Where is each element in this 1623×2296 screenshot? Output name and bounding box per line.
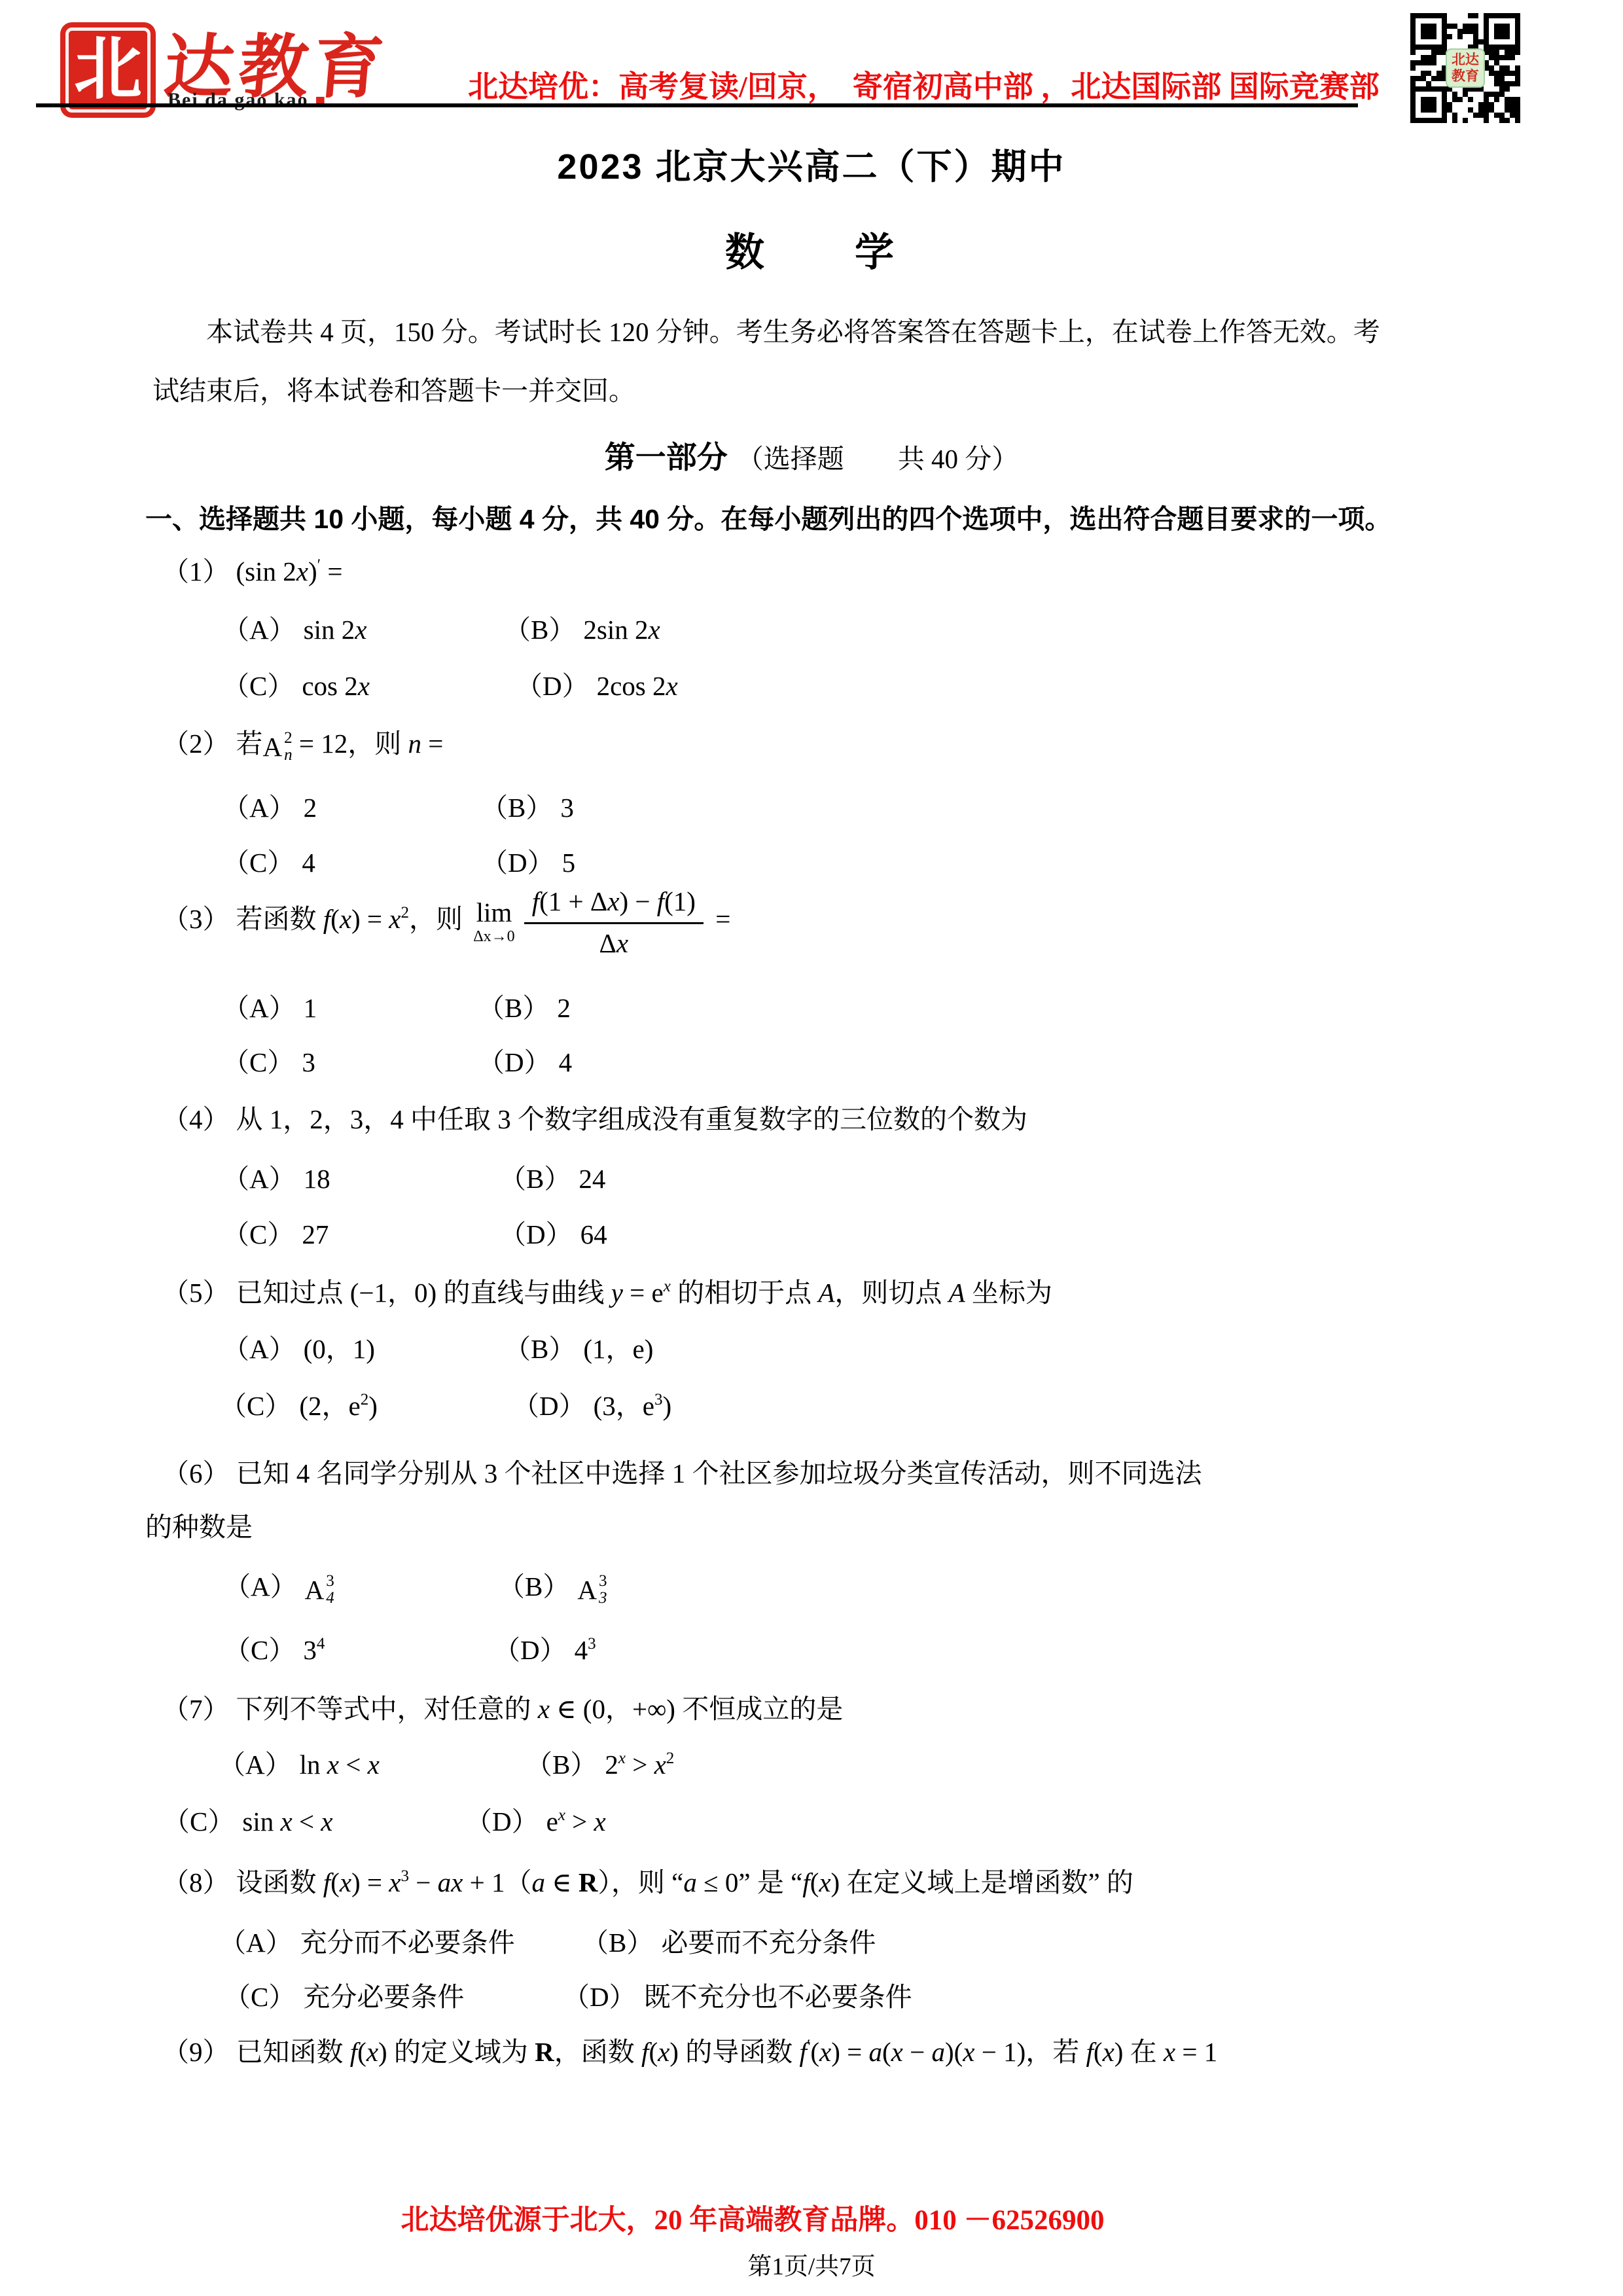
option-label: （B）	[582, 1928, 653, 1958]
question-7-option-b: （B）2x > x2	[526, 1743, 674, 1782]
math-segment: x	[963, 2037, 974, 2067]
math-segment: x	[538, 1694, 550, 1724]
math-segment: ) =	[831, 2037, 868, 2067]
question-6-option-a: （A）A34	[224, 1565, 334, 1606]
question-6-number: （6）	[162, 1458, 230, 1488]
question-4-option-d: （D）64	[499, 1213, 607, 1251]
question-4-option-b: （B）24	[499, 1157, 605, 1196]
question-7-option-a: （A）ln x < x	[219, 1743, 380, 1782]
math-segment: = 1	[1175, 2037, 1217, 2067]
math-segment: a	[931, 2037, 945, 2067]
option-value: 2	[557, 993, 571, 1023]
question-8-option-a: （A）充分而不必要条件	[219, 1921, 515, 1960]
math-segment: 已知函数	[236, 2037, 350, 2067]
math-segment: a	[868, 2037, 882, 2067]
math-segment: A34	[305, 1573, 334, 1606]
math-segment: ) 在定义域上是增函数” 的	[831, 1867, 1133, 1897]
question-7-option-c: （C）sin x < x	[163, 1800, 333, 1839]
qr-code: 北达 教育	[1410, 13, 1520, 123]
question-5-stem: （5）已知过点 (−1，0) 的直线与曲线 y = ex 的相切于点 A，则切点…	[162, 1271, 1052, 1310]
question-8-option-c: （C）充分必要条件	[224, 1975, 464, 2014]
intro-line-2: 试结束后，将本试卷和答题卡一并交回。	[152, 361, 1546, 420]
math-segment: x	[368, 1749, 380, 1780]
math-segment: (	[810, 1867, 819, 1897]
math-segment: A2n	[263, 730, 293, 763]
question-6-text-continued: 的种数是	[145, 1505, 253, 1544]
math-segment: 64	[580, 1219, 607, 1249]
math-segment: cos 2	[302, 671, 357, 701]
math-segment: f	[532, 886, 539, 916]
math-segment: sin	[242, 1806, 280, 1837]
math-segment: limΔx→0	[473, 899, 514, 944]
math-segment: − 1)，若	[974, 2037, 1086, 2067]
option-value: 3	[302, 1047, 315, 1077]
math-segment: ) 的定义域为	[378, 2037, 535, 2067]
option-label: （C）	[223, 1047, 294, 1077]
math-segment: x	[389, 1867, 401, 1897]
math-segment: a	[531, 1867, 545, 1897]
question-2-option-a: （A）2	[223, 786, 317, 825]
option-value: 1	[304, 993, 317, 1023]
math-segment: 2	[557, 993, 571, 1023]
math-segment: (1 + Δ	[539, 886, 607, 916]
math-segment: f(1 + Δx) − f(1)Δx	[524, 885, 704, 959]
math-segment: 从 1，2，3，4 中任取 3 个数字组成没有重复数字的三位数的个数为	[236, 1104, 1028, 1134]
math-segment: (	[882, 2037, 891, 2067]
logo-subtitle-text: Bei da gao kao	[168, 89, 309, 111]
option-label: （B）	[478, 993, 549, 1023]
math-segment: ），则 “	[597, 1867, 683, 1897]
logo-subtitle: Bei da gao kao■	[168, 89, 327, 111]
question-6-option-d: （D）43	[493, 1628, 596, 1667]
question-8-option-d: （D）既不充分也不必要条件	[563, 1975, 912, 2014]
question-6-text: 已知 4 名同学分别从 3 个社区中选择 1 个社区参加垃圾分类宣传活动，则不同…	[236, 1458, 1202, 1488]
math-segment: 4	[575, 1635, 588, 1665]
option-label: （D）	[481, 848, 554, 878]
math-segment: 坐标为	[965, 1278, 1052, 1308]
option-value: (0，1)	[304, 1334, 375, 1364]
math-segment: x	[819, 2037, 831, 2067]
qr-label-line1: 北达	[1452, 52, 1479, 68]
question-3-option-c: （C）3	[223, 1041, 315, 1079]
math-segment: n	[408, 728, 421, 759]
option-value: (3，e3)	[594, 1391, 672, 1421]
math-segment: )	[308, 556, 317, 586]
math-segment: 24	[579, 1164, 605, 1194]
section1-instruction: 一、选择题共 10 小题，每小题 4 分，共 40 分。在每小题列出的四个选项中…	[145, 497, 1391, 536]
math-segment: (	[649, 2037, 658, 2067]
question-5-text: 已知过点 (−1，0) 的直线与曲线 y = ex 的相切于点 A，则切点 A …	[236, 1278, 1052, 1308]
option-label: （D）	[465, 1806, 539, 1837]
math-segment: x	[654, 1749, 666, 1780]
math-segment: 2	[361, 1391, 369, 1408]
question-4-stem: （4）从 1，2，3，4 中任取 3 个数字组成没有重复数字的三位数的个数为	[162, 1098, 1027, 1136]
math-segment: x	[618, 1749, 626, 1767]
math-segment: ，函数	[554, 2037, 641, 2067]
option-value: sin x < x	[242, 1806, 332, 1837]
qr-center-label: 北达 教育	[1446, 48, 1485, 88]
option-value: A33	[577, 1571, 607, 1602]
math-segment: 3	[560, 793, 574, 823]
math-segment: ax	[438, 1867, 463, 1897]
option-value: 18	[304, 1164, 330, 1194]
math-segment: (	[810, 2037, 819, 2067]
question-7-option-d: （D）ex > x	[465, 1800, 606, 1839]
math-segment: =	[321, 556, 342, 586]
math-segment: 5	[562, 848, 576, 878]
question-7-number: （7）	[162, 1694, 230, 1724]
option-label: （D）	[499, 1219, 573, 1249]
math-segment: 4	[559, 1047, 573, 1077]
math-segment: 下列不等式中，对任意的	[236, 1694, 538, 1724]
math-segment: (0，1)	[304, 1334, 375, 1364]
math-segment: 3	[401, 1867, 410, 1885]
header-divider	[36, 103, 1358, 107]
option-label: （A）	[219, 1749, 292, 1780]
math-segment: = e	[623, 1278, 664, 1308]
option-label: （D）	[563, 1982, 636, 2012]
math-segment: 已知 4 名同学分别从 3 个社区中选择 1 个社区参加垃圾分类宣传活动，则不同…	[236, 1458, 1202, 1488]
header-tagline: 北达培优：高考复读/回京， 寄宿初高中部 ，北达国际部 国际竞赛部	[468, 63, 1380, 106]
option-label: （D）	[478, 1047, 551, 1077]
math-segment: 既不充分也不必要条件	[644, 1982, 912, 2012]
math-segment: 的相切于点	[671, 1278, 819, 1308]
footer-promo: 北达培优源于北大，20 年高端教育品牌。010 －62526900	[59, 2198, 1446, 2238]
question-6-option-b: （B）A33	[498, 1565, 607, 1606]
math-segment: 已知过点 (−1，0) 的直线与曲线	[236, 1278, 611, 1308]
math-segment: e	[546, 1806, 558, 1837]
question-2-option-c: （C）4	[223, 841, 315, 880]
question-8-stem: （8）设函数 f(x) = x3 − ax + 1（a ∈ R），则 “a ≤ …	[162, 1861, 1133, 1899]
math-segment: + 1（	[463, 1867, 531, 1897]
exam-instructions: 本试卷共 4 页，150 分。考试时长 120 分钟。考生务必将答案答在答题卡上…	[152, 302, 1546, 420]
question-1-option-a: （A）sin 2x	[223, 608, 366, 647]
part1-note: （选择题 共 40 分）	[737, 444, 1019, 474]
math-segment: f	[799, 2037, 806, 2067]
option-value: 充分而不必要条件	[300, 1928, 515, 1958]
math-segment: (	[330, 1867, 340, 1897]
math-segment: 若	[236, 728, 263, 759]
option-label: （A）	[223, 1334, 296, 1364]
math-segment: a	[683, 1867, 697, 1897]
math-segment: x	[340, 904, 351, 934]
math-segment: 4	[317, 1635, 325, 1653]
math-segment: 2	[666, 1749, 675, 1767]
option-value: sin 2x	[304, 615, 367, 645]
math-segment: 设函数	[236, 1867, 323, 1897]
option-value: cos 2x	[302, 671, 370, 701]
question-9-text: 已知函数 f(x) 的定义域为 R，函数 f(x) 的导函数 f′(x) = a…	[236, 2037, 1218, 2067]
option-label: （A）	[223, 793, 296, 823]
logo-seal-char: 北	[74, 36, 142, 104]
question-6-stem: （6）已知 4 名同学分别从 3 个社区中选择 1 个社区参加垃圾分类宣传活动，…	[162, 1452, 1202, 1490]
subject-title: 数 学	[0, 221, 1623, 278]
option-label: （C）	[224, 1982, 295, 2012]
option-value: 5	[562, 848, 576, 878]
question-3-number: （3）	[162, 904, 230, 934]
option-label: （C）	[223, 671, 294, 701]
qr-label-line2: 教育	[1452, 68, 1479, 84]
option-label: （B）	[498, 1571, 569, 1602]
option-label: （C）	[224, 1635, 295, 1665]
math-segment: f	[323, 1867, 330, 1897]
math-segment: ∈ (0，+∞) 不恒成立的是	[550, 1694, 843, 1724]
option-value: 充分必要条件	[303, 1982, 464, 2012]
math-segment: A	[949, 1278, 965, 1308]
math-segment: −	[409, 1867, 438, 1897]
math-segment: 必要而不充分条件	[661, 1928, 876, 1958]
math-segment: x	[296, 556, 308, 586]
page-title: 2023 北京大兴高二（下）期中	[0, 139, 1623, 189]
math-segment: f	[323, 904, 330, 934]
option-value: (2，e2)	[299, 1391, 378, 1421]
math-segment: 3	[303, 1635, 317, 1665]
math-segment: ≤ 0” 是 “	[697, 1867, 802, 1897]
math-segment: x	[594, 1806, 606, 1837]
question-4-option-c: （C）27	[223, 1213, 329, 1251]
option-value: (1，e)	[583, 1334, 653, 1364]
math-segment: 2	[605, 1749, 618, 1780]
math-segment: )(	[945, 2037, 963, 2067]
math-segment: 若函数	[236, 904, 323, 934]
question-5-number: （5）	[162, 1278, 230, 1308]
math-segment: ) =	[351, 1867, 389, 1897]
math-segment: f	[350, 2037, 357, 2067]
math-segment: x	[1164, 2037, 1175, 2067]
math-segment: x	[389, 904, 401, 934]
math-segment: >	[626, 1749, 654, 1780]
part1-name: 第一部分	[605, 440, 728, 475]
option-value: 既不充分也不必要条件	[644, 1982, 912, 2012]
math-segment: x	[819, 1867, 830, 1897]
question-3-option-a: （A）1	[223, 986, 317, 1025]
option-value: A34	[305, 1571, 334, 1602]
math-segment: 2	[401, 904, 410, 922]
question-7-stem: （7）下列不等式中，对任意的 x ∈ (0，+∞) 不恒成立的是	[162, 1687, 843, 1726]
math-segment: 18	[304, 1164, 330, 1194]
math-segment: 3	[654, 1391, 663, 1408]
question-3-option-b: （B）2	[478, 986, 571, 1025]
option-value: 2	[304, 793, 317, 823]
question-2-option-b: （B）3	[481, 786, 574, 825]
option-value: 34	[303, 1635, 325, 1665]
option-label: （D）	[493, 1635, 567, 1665]
option-value: ln x < x	[300, 1749, 380, 1780]
question-2-number: （2）	[162, 728, 230, 759]
question-3-option-d: （D）4	[478, 1041, 572, 1079]
option-label: （A）	[223, 1164, 296, 1194]
exam-page: 北 达教育 Bei da gao kao■ 北达培优：高考复读/回京， 寄宿初高…	[0, 0, 1623, 2296]
math-segment: ) 在	[1115, 2037, 1164, 2067]
option-label: （A）	[223, 993, 296, 1023]
question-4-option-a: （A）18	[223, 1157, 330, 1196]
math-segment: x	[664, 1278, 671, 1295]
question-1-text: (sin 2x)′ =	[236, 556, 343, 586]
math-segment: f	[1086, 2037, 1094, 2067]
math-segment: ) 的导函数	[669, 2037, 799, 2067]
math-segment: 充分而不必要条件	[300, 1928, 515, 1958]
math-segment: ) −	[619, 886, 656, 916]
option-value: 4	[302, 848, 315, 878]
option-label: （B）	[526, 1749, 597, 1780]
question-2-text: 若A2n = 12，则 n =	[236, 728, 444, 759]
option-value: 43	[575, 1635, 596, 1665]
question-4-text: 从 1，2，3，4 中任取 3 个数字组成没有重复数字的三位数的个数为	[236, 1104, 1028, 1134]
math-segment: x	[558, 1806, 565, 1824]
math-segment: A33	[577, 1573, 607, 1606]
math-segment: <	[339, 1749, 368, 1780]
question-5-option-b: （B）(1，e)	[504, 1327, 653, 1366]
math-segment: x	[658, 2037, 669, 2067]
footer-page-number: 第1页/共7页	[0, 2246, 1623, 2282]
math-segment: )	[662, 1391, 671, 1421]
option-value: ex > x	[546, 1806, 606, 1837]
math-segment: =	[709, 904, 730, 934]
option-label: （D）	[516, 671, 589, 701]
math-segment: Δ	[599, 928, 616, 958]
question-9-number: （9）	[162, 2037, 230, 2067]
option-label: （A）	[224, 1571, 297, 1602]
math-segment: (	[357, 2037, 366, 2067]
math-segment: 充分必要条件	[303, 1982, 464, 2012]
math-segment: R	[535, 2037, 554, 2067]
question-6-option-c: （C）34	[224, 1628, 325, 1667]
option-label: （C）	[220, 1391, 291, 1421]
question-1-option-c: （C）cos 2x	[223, 664, 370, 703]
question-4-number: （4）	[162, 1104, 230, 1134]
question-1-number: （1）	[162, 556, 230, 586]
math-segment: ln	[300, 1749, 327, 1780]
math-segment: A	[818, 1278, 834, 1308]
intro-line-1: 本试卷共 4 页，150 分。考试时长 120 分钟。考生务必将答案答在答题卡上…	[152, 302, 1546, 361]
math-segment: (2，e	[299, 1391, 360, 1421]
math-segment: (3，e	[594, 1391, 654, 1421]
option-value: 3	[560, 793, 574, 823]
option-value: 24	[579, 1164, 605, 1194]
math-segment: 2	[304, 793, 317, 823]
math-segment: = 12，则	[293, 728, 408, 759]
math-segment: f	[802, 1867, 810, 1897]
math-segment: sin 2	[304, 615, 355, 645]
math-segment: 4	[302, 848, 315, 878]
math-segment: x	[616, 928, 628, 958]
math-segment: (1)	[664, 886, 696, 916]
math-segment: 2sin 2	[583, 615, 648, 645]
math-segment: x	[1103, 2037, 1115, 2067]
question-5-option-c: （C）(2，e2)	[220, 1384, 378, 1423]
math-segment: 2cos 2	[597, 671, 666, 701]
math-segment: x	[666, 671, 678, 701]
math-segment: >	[565, 1806, 594, 1837]
math-segment: f	[657, 886, 664, 916]
question-2-stem: （2）若A2n = 12，则 n =	[162, 722, 443, 763]
question-2-option-d: （D）5	[481, 841, 575, 880]
question-8-option-b: （B）必要而不充分条件	[582, 1921, 876, 1960]
math-segment: x	[648, 615, 660, 645]
math-segment: (sin 2	[236, 556, 296, 586]
math-segment: =	[421, 728, 443, 759]
question-5-option-a: （A）(0，1)	[223, 1327, 375, 1366]
math-segment: x	[327, 1749, 339, 1780]
math-segment: y	[611, 1278, 623, 1308]
math-segment: 3	[302, 1047, 315, 1077]
option-value: 2x > x2	[605, 1749, 674, 1780]
math-segment: x	[607, 886, 619, 916]
question-3-stem: （3）若函数 f(x) = x2，则 limΔx→0f(1 + Δx) − f(…	[162, 885, 730, 959]
math-segment: (1，e)	[583, 1334, 653, 1364]
math-segment: 3	[588, 1635, 596, 1653]
option-value: 2sin 2x	[583, 615, 660, 645]
math-segment: )	[368, 1391, 378, 1421]
option-label: （A）	[219, 1928, 293, 1958]
option-label: （B）	[504, 1334, 575, 1364]
question-7-text: 下列不等式中，对任意的 x ∈ (0，+∞) 不恒成立的是	[236, 1694, 844, 1724]
option-value: 2cos 2x	[597, 671, 678, 701]
question-8-number: （8）	[162, 1867, 230, 1897]
option-label: （D）	[512, 1391, 586, 1421]
math-segment: x	[321, 1806, 332, 1837]
option-value: 64	[580, 1219, 607, 1249]
question-5-option-d: （D）(3，e3)	[512, 1384, 671, 1423]
option-value: 27	[302, 1219, 329, 1249]
math-segment: x	[358, 671, 370, 701]
math-segment: <	[293, 1806, 321, 1837]
option-label: （C）	[223, 848, 294, 878]
math-segment: R	[579, 1867, 598, 1897]
question-3-text: 若函数 f(x) = x2，则 limΔx→0f(1 + Δx) − f(1)Δ…	[236, 904, 731, 934]
question-9-stem: （9）已知函数 f(x) 的定义域为 R，函数 f(x) 的导函数 f′(x) …	[162, 2030, 1217, 2069]
option-label: （A）	[223, 615, 296, 645]
option-label: （B）	[504, 615, 575, 645]
question-1-option-b: （B）2sin 2x	[504, 608, 660, 647]
math-segment: (	[1094, 2037, 1103, 2067]
math-segment: x	[355, 615, 366, 645]
math-segment: ，则	[409, 904, 469, 934]
question-8-text: 设函数 f(x) = x3 − ax + 1（a ∈ R），则 “a ≤ 0” …	[236, 1867, 1133, 1897]
math-segment: 1	[304, 993, 317, 1023]
option-label: （C）	[163, 1806, 234, 1837]
math-segment: x	[280, 1806, 292, 1837]
math-segment: ∈	[545, 1867, 579, 1897]
math-segment: x	[366, 2037, 378, 2067]
math-segment: x	[340, 1867, 351, 1897]
question-1-option-d: （D）2cos 2x	[516, 664, 678, 703]
math-segment: ) =	[351, 904, 389, 934]
math-segment: f	[641, 2037, 649, 2067]
option-value: 4	[559, 1047, 573, 1077]
option-label: （C）	[223, 1219, 294, 1249]
part1-heading: 第一部分（选择题 共 40 分）	[0, 433, 1623, 477]
math-segment: ，则切点	[834, 1278, 948, 1308]
option-label: （B）	[499, 1164, 571, 1194]
math-segment: (	[330, 904, 340, 934]
math-segment: −	[903, 2037, 932, 2067]
math-segment: x	[891, 2037, 903, 2067]
option-value: 必要而不充分条件	[661, 1928, 876, 1958]
math-segment: 27	[302, 1219, 329, 1249]
question-1-stem: （1）(sin 2x)′ =	[162, 550, 342, 588]
option-label: （B）	[481, 793, 552, 823]
